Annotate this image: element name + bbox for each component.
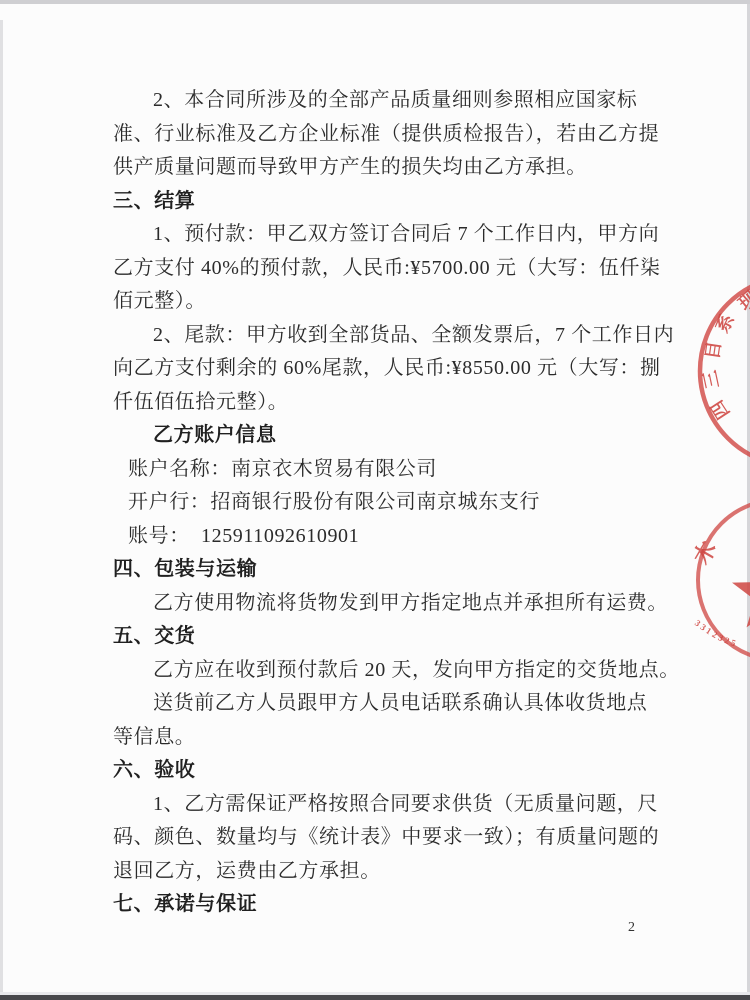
seal-char: 目 xyxy=(702,340,724,361)
text-line: 准、行业标准及乙方企业标准（提供质检报告），若由乙方提 xyxy=(113,118,663,152)
seal-char: 木 xyxy=(690,537,721,569)
seal-char: 系 xyxy=(711,310,738,336)
red-seal-lower-partial: 木 3312325 xyxy=(690,498,750,663)
text-line: 佰元整）。 xyxy=(113,285,663,319)
scan-edge-left xyxy=(0,20,3,1000)
seal-char: 三 xyxy=(700,369,723,391)
text-line: 乙方应在收到预付款后 20 天，发向甲方指定的交货地点。 xyxy=(113,654,663,688)
text-line: 账户名称：南京衣木贸易有限公司 xyxy=(113,453,663,487)
seal-ring xyxy=(698,500,750,660)
text-line: 乙方支付 40%的预付款，人民币:¥5700.00 元（大写：伍仟柒 xyxy=(113,252,663,286)
text-line: 2、尾款：甲方收到全部货品、全额发票后，7 个工作日内 xyxy=(113,319,663,353)
red-seal-upper-partial: 现 系 目 三 四 xyxy=(690,280,750,465)
text-line: 乙方使用物流将货物发到甲方指定地点并承担所有运费。 xyxy=(113,587,663,621)
text-line: 七、承诺与保证 xyxy=(113,888,663,922)
contract-body: 2、本合同所涉及的全部产品质量细则参照相应国家标准、行业标准及乙方企业标准（提供… xyxy=(113,84,663,922)
text-line: 六、验收 xyxy=(113,754,663,788)
text-line: 向乙方支付剩余的 60%尾款，人民币:¥8550.00 元（大写：捌 xyxy=(113,352,663,386)
page-number: 2 xyxy=(628,920,635,936)
scanned-contract-page: 2、本合同所涉及的全部产品质量细则参照相应国家标准、行业标准及乙方企业标准（提供… xyxy=(0,0,750,1000)
text-line: 四、包装与运输 xyxy=(113,553,663,587)
text-line: 1、乙方需保证严格按照合同要求供货（无质量问题，尺 xyxy=(113,788,663,822)
text-line: 2、本合同所涉及的全部产品质量细则参照相应国家标 xyxy=(113,84,663,118)
seal-digits-path xyxy=(694,624,750,650)
text-line: 等信息。 xyxy=(113,721,663,755)
text-line: 乙方账户信息 xyxy=(113,419,663,453)
seal-char: 四 xyxy=(707,397,734,423)
text-line: 账号： 125911092610901 xyxy=(113,520,663,554)
text-line: 开户行：招商银行股份有限公司南京城东支行 xyxy=(113,486,663,520)
scan-edge-bottom xyxy=(0,995,750,1000)
seal-ring xyxy=(700,280,750,465)
text-line: 五、交货 xyxy=(113,620,663,654)
text-line: 退回乙方，运费由乙方承担。 xyxy=(113,855,663,889)
scan-edge-top xyxy=(0,0,750,4)
text-line: 供产质量问题而导致甲方产生的损失均由乙方承担。 xyxy=(113,151,663,185)
text-line: 三、结算 xyxy=(113,185,663,219)
text-line: 送货前乙方人员跟甲方人员电话联系确认具体收货地点 xyxy=(113,687,663,721)
text-line: 仟伍佰伍拾元整）。 xyxy=(113,386,663,420)
seal-digits: 3312325 xyxy=(693,618,740,649)
text-line: 1、预付款：甲乙双方签订合同后 7 个工作日内，甲方向 xyxy=(113,218,663,252)
text-line: 码、颜色、数量均与《统计表》中要求一致）；有质量问题的 xyxy=(113,821,663,855)
